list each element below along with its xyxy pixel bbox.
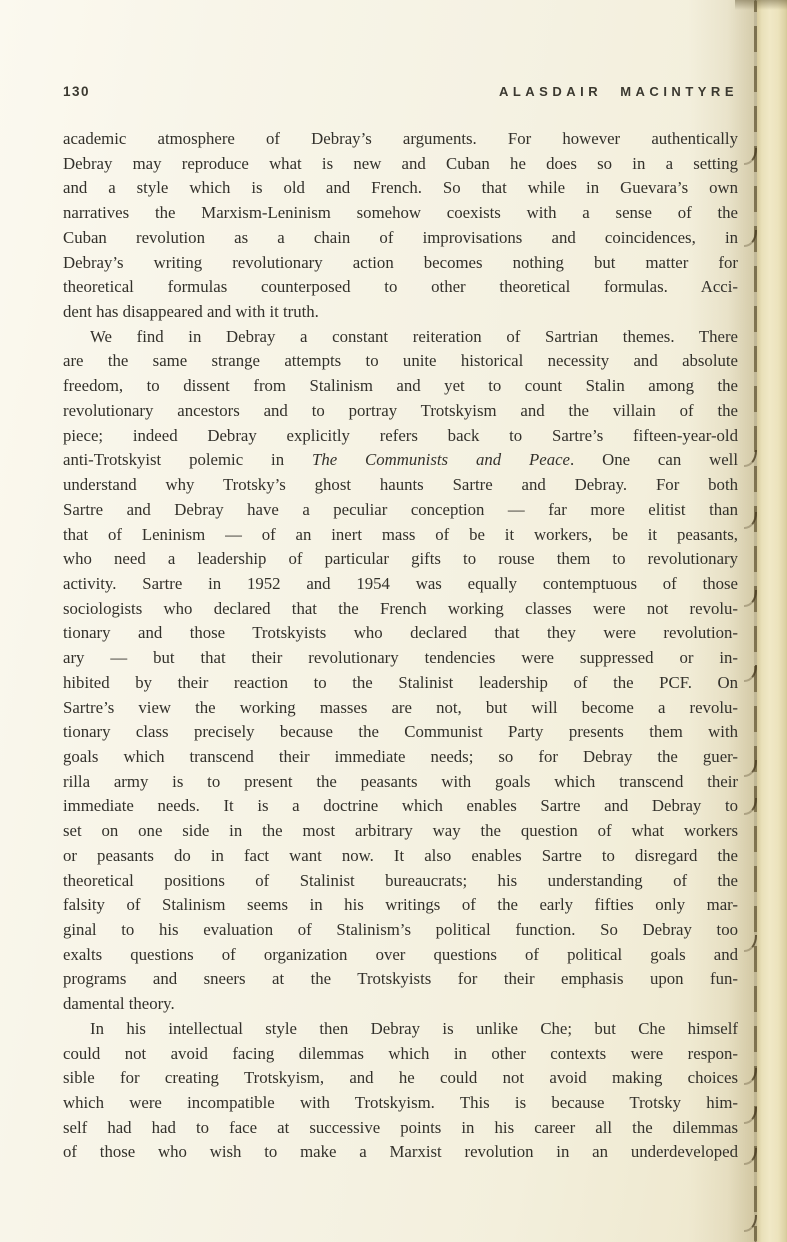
text-run: . One can well (570, 450, 738, 469)
text-run: anti-Trotskyist polemic in (63, 450, 312, 469)
text-line: or peasants do in fact want now. It also… (63, 844, 738, 869)
page-number: 130 (63, 84, 90, 99)
text-line: ginal to his evaluation of Stalinism’s p… (63, 918, 738, 943)
text-line: and a style which is old and French. So … (63, 176, 738, 201)
text-line: exalts questions of organization over qu… (63, 943, 738, 968)
text-line: of those who wish to make a Marxist revo… (63, 1140, 738, 1165)
text-line: revolutionary ancestors and to portray T… (63, 399, 738, 424)
text-line: anti-Trotskyist polemic in The Communist… (63, 448, 738, 473)
text-line: damental theory. (63, 992, 738, 1017)
text-line: narratives the Marxism-Leninism somehow … (63, 201, 738, 226)
text-line: are the same strange attempts to unite h… (63, 349, 738, 374)
text-line: falsity of Stalinism seems in his writin… (63, 893, 738, 918)
text-line: Sartre and Debray have a peculiar concep… (63, 498, 738, 523)
book-page-edges (757, 0, 787, 1242)
text-line: understand why Trotsky’s ghost haunts Sa… (63, 473, 738, 498)
text-line: programs and sneers at the Trotskyists f… (63, 967, 738, 992)
text-line: In his intellectual style then Debray is… (63, 1017, 738, 1042)
text-line: self had had to face at successive point… (63, 1116, 738, 1141)
text-line: dent has disappeared and with it truth. (63, 300, 738, 325)
text-line: piece; indeed Debray explicitly refers b… (63, 424, 738, 449)
text-line: who need a leadership of particular gift… (63, 547, 738, 572)
text-line: immediate needs. It is a doctrine which … (63, 794, 738, 819)
text-line: activity. Sartre in 1952 and 1954 was eq… (63, 572, 738, 597)
text-line: sociologists who declared that the Frenc… (63, 597, 738, 622)
text-line: freedom, to dissent from Stalinism and y… (63, 374, 738, 399)
text-line: Cuban revolution as a chain of improvisa… (63, 226, 738, 251)
text-line: academic atmosphere of Debray’s argument… (63, 127, 738, 152)
text-line: tionary class precisely because the Comm… (63, 720, 738, 745)
text-line: theoretical positions of Stalinist burea… (63, 869, 738, 894)
text-line: Debray may reproduce what is new and Cub… (63, 152, 738, 177)
text-line: Sartre’s view the working masses are not… (63, 696, 738, 721)
text-line: set on one side in the most arbitrary wa… (63, 819, 738, 844)
text-line: Debray’s writing revolutionary action be… (63, 251, 738, 276)
text-line: which were incompatible with Trotskyism.… (63, 1091, 738, 1116)
text-line: We find in Debray a constant reiteration… (63, 325, 738, 350)
text-block: academic atmosphere of Debray’s argument… (63, 127, 738, 1165)
text-line: hibited by their reaction to the Stalini… (63, 671, 738, 696)
page-header: 130 ALASDAIR MACINTYRE (63, 84, 738, 99)
italic-book-title: The Communists and Peace (312, 450, 570, 469)
text-line: sible for creating Trotskyism, and he co… (63, 1066, 738, 1091)
text-line: rilla army is to present the peasants wi… (63, 770, 738, 795)
page-edge-top-shadow (735, 0, 787, 10)
text-line: could not avoid facing dilemmas which in… (63, 1042, 738, 1067)
text-line: ary — but that their revolutionary tende… (63, 646, 738, 671)
running-title: ALASDAIR MACINTYRE (499, 84, 738, 99)
text-line: that of Leninism — of an inert mass of b… (63, 523, 738, 548)
text-line: tionary and those Trotskyists who declar… (63, 621, 738, 646)
text-line: theoretical formulas counterposed to oth… (63, 275, 738, 300)
page-edge-seam (754, 0, 757, 1242)
text-line: goals which transcend their immediate ne… (63, 745, 738, 770)
